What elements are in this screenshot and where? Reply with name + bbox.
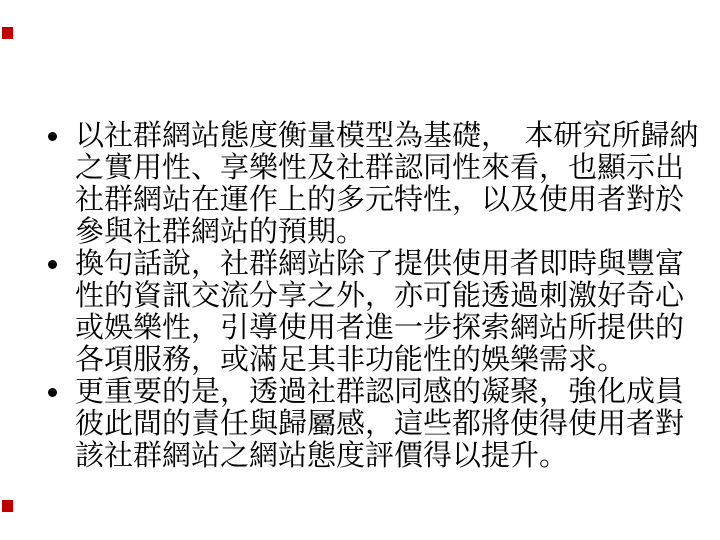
bullet-line: 各項服務，或滿足其非功能性的娛樂需求。 (75, 344, 697, 376)
slide-body-text: 以社群網站態度衡量模型為基礎， 本研究所歸納 之實用性、享樂性及社群認同性來看，… (47, 120, 697, 472)
bullet-line: 更重要的是，透過社群認同感的凝聚，強化成員 (75, 376, 697, 408)
bullet-line: 性的資訊交流分享之外，亦可能透過刺激好奇心 (75, 280, 697, 312)
bullet-line: 或娛樂性，引導使用者進一步探索網站所提供的 (75, 312, 697, 344)
bullet-line: 社群網站在運作上的多元特性，以及使用者對於 (75, 184, 697, 216)
red-corner-marker-top (2, 27, 13, 39)
bullet-line: 以社群網站態度衡量模型為基礎， 本研究所歸納 (75, 120, 697, 152)
bullet-line: 換句話說，社群網站除了提供使用者即時與豐富 (75, 248, 697, 280)
bullet-icon (48, 132, 57, 141)
slide: 以社群網站態度衡量模型為基礎， 本研究所歸納 之實用性、享樂性及社群認同性來看，… (0, 0, 720, 540)
bullet-line: 參與社群網站的預期。 (75, 216, 697, 248)
bullet-icon (48, 388, 57, 397)
bullet-line: 彼此間的責任與歸屬感，這些都將使得使用者對 (75, 408, 697, 440)
bullet-icon (48, 260, 57, 269)
red-corner-marker-bottom (2, 500, 13, 512)
bullet-line: 該社群網站之網站態度評價得以提升。 (75, 440, 697, 472)
bullet-item-3: 更重要的是，透過社群認同感的凝聚，強化成員 彼此間的責任與歸屬感，這些都將使得使… (47, 376, 697, 472)
bullet-item-2: 換句話說，社群網站除了提供使用者即時與豐富 性的資訊交流分享之外，亦可能透過刺激… (47, 248, 697, 376)
bullet-item-1: 以社群網站態度衡量模型為基礎， 本研究所歸納 之實用性、享樂性及社群認同性來看，… (47, 120, 697, 248)
bullet-line: 之實用性、享樂性及社群認同性來看，也顯示出 (75, 152, 697, 184)
